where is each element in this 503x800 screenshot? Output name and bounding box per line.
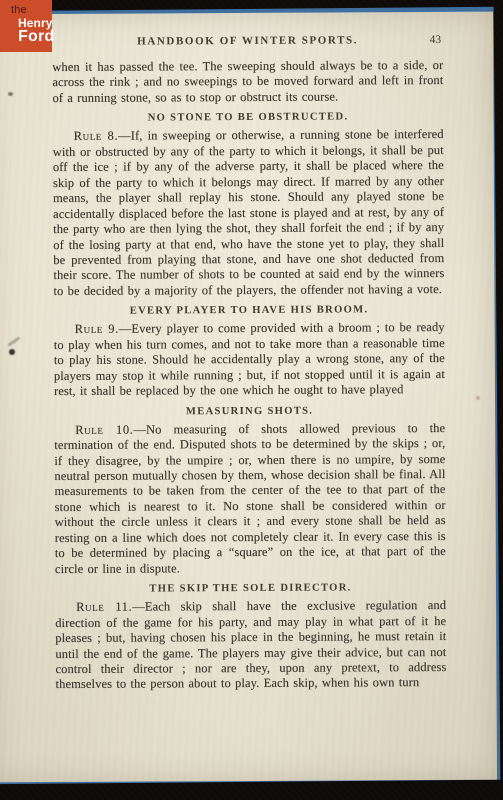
rule-paragraph: Rule 8.—If, in sweeping or otherwise, a …: [53, 127, 445, 299]
rule-label: Rule 10.: [75, 422, 133, 436]
henry-ford-logo-ford: Ford: [18, 28, 54, 46]
page-body: when it has passed the tee. The sweeping…: [52, 58, 446, 693]
ink-blot-artifact: [9, 349, 15, 355]
section-heading: EVERY PLAYER TO HAVE HIS BROOM.: [54, 304, 445, 317]
rule-label: Rule 11.: [76, 600, 132, 614]
section-heading: THE SKIP THE SOLE DIRECTOR.: [55, 582, 446, 595]
running-head: HANDBOOK OF WINTER SPORTS. 43: [52, 34, 443, 51]
rule-label: Rule 9.: [75, 322, 119, 336]
rule-paragraph: Rule 10.—No measuring of shots allowed p…: [54, 421, 446, 578]
scan-speck-artifact: [8, 92, 13, 96]
rule-paragraph: Rule 9.—Every player to come provided wi…: [54, 320, 445, 399]
rule-label: Rule 8.: [74, 129, 119, 143]
page-number: 43: [430, 34, 442, 46]
henry-ford-logo: the Henry Ford: [0, 0, 52, 52]
rule-paragraph: Rule 11.—Each skip shall have the exclus…: [55, 598, 446, 693]
book-page: HANDBOOK OF WINTER SPORTS. 43 when it ha…: [0, 12, 497, 783]
section-heading: NO STONE TO BE OBSTRUCTED.: [53, 111, 444, 124]
section-heading: MEASURING SHOTS.: [54, 405, 445, 418]
henry-ford-logo-the: the: [11, 4, 27, 16]
body-paragraph: when it has passed the tee. The sweeping…: [52, 58, 443, 106]
running-head-title: HANDBOOK OF WINTER SPORTS.: [52, 34, 443, 48]
scan-speck-artifact: [476, 396, 480, 400]
